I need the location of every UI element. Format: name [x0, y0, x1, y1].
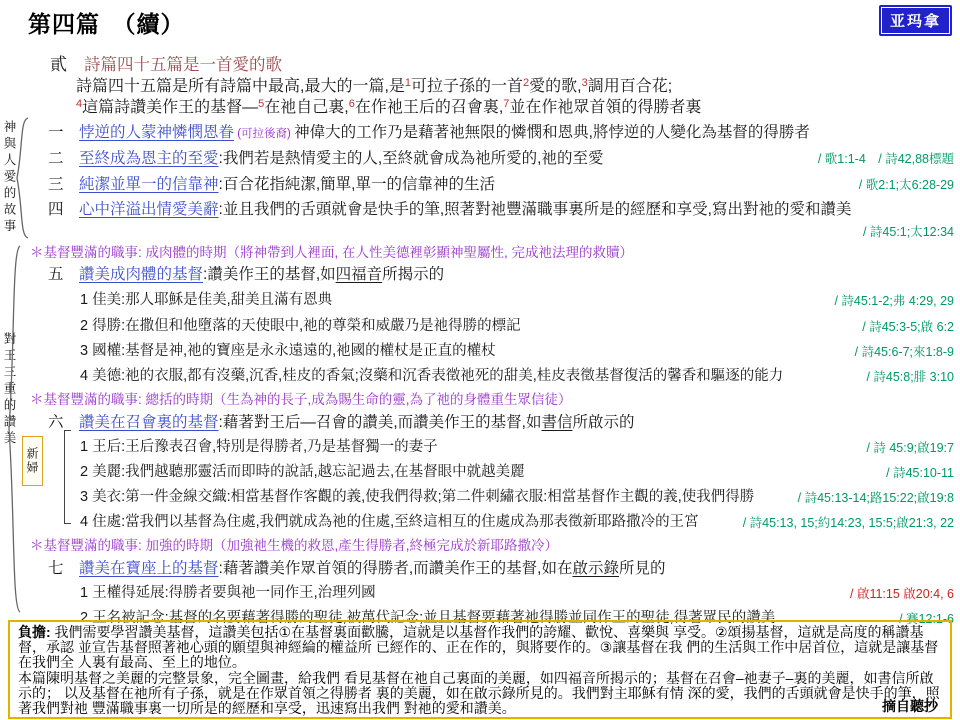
source-label: 摘自聽抄 — [882, 699, 938, 714]
body-segment: 這篇詩讚美作王的基督— — [82, 99, 258, 116]
bhead-segment: 心中洋溢出情愛美辭 — [79, 201, 219, 218]
scripture-ref: / 啟11:15 啟20:4, 6 — [850, 584, 954, 602]
body-segment: 所啟示的 — [572, 414, 634, 431]
scripture-ref: / 詩45:1-2;弗 4:29, 29 — [834, 291, 954, 309]
body-segment: 所揭示的 — [382, 266, 444, 283]
body-segment: :我們若是熱情愛主的人,至終就會成為祂所愛的,祂的至愛 — [219, 150, 604, 167]
body-segment: 1 王后:王后豫表召會,特別是得勝者,乃是基督獨一的妻子 — [80, 439, 438, 455]
scripture-ref: / 詩45:13-14;路15:22;啟19:8 — [798, 488, 954, 506]
body-segment: 1 王權得延展:得勝者要與祂一同作王,治理列國 — [80, 585, 376, 601]
scripture-ref: / 歌2:1;太6:28-29 — [859, 175, 954, 193]
scripture-ref: / 詩45:1;太12:34 — [863, 222, 954, 240]
num-segment: 六 — [48, 414, 79, 431]
scripture-ref: / 詩 45:9;啟19:7 — [866, 438, 954, 456]
scripture-ref: / 歌1:1-4 / 詩42,88標題 — [818, 149, 954, 167]
intro-line-2: 4這篇詩讚美作王的基督—5在祂自己裏,6在作祂王后的召會裏,7並在作祂眾首領的得… — [76, 94, 954, 116]
item-4: 四 心中洋溢出情愛美辭:並且我們的舌頭就會是快手的筆,照著對祂豐滿職事裏所是的經… — [48, 197, 954, 219]
body-segment: :讚美作王的基督,如 — [203, 266, 336, 283]
burden-label: 負擔: — [18, 624, 51, 640]
item-1: 一 悖逆的人蒙神憐憫恩眷 (可拉後裔) 神偉大的工作乃是藉著祂無限的憐憫和恩典,… — [48, 120, 954, 142]
num-segment: 五 — [48, 266, 79, 283]
num-segment: 七 — [48, 560, 79, 577]
body-segment: 1 佳美:那人耶穌是佳美,甜美且滿有恩典 — [80, 292, 332, 308]
num-segment: 三 — [48, 176, 79, 193]
num-segment: 二 — [48, 150, 79, 167]
bhead-segment: 至終成為恩主的至愛 — [79, 150, 219, 167]
item-6-sub-2: 2 美麗:我們越聽那靈活而即時的說話,越忘記過去,在基督眼中就越美麗/ 詩45:… — [80, 460, 954, 482]
body-segment: 3 美衣:第一件金線交織:相當基督作客觀的義,使我們得救;第二件刺繡衣服:相當基… — [80, 489, 754, 505]
body-segment: 在祂自己裏, — [264, 99, 348, 116]
item-5: 五 讚美成肉體的基督:讚美作王的基督,如四福音所揭示的 — [48, 262, 954, 284]
body-segment: 神偉大的工作乃是藉著祂無限的憐憫和恩典,將悖逆的人變化為基督的得勝者 — [294, 124, 810, 141]
body-segment: 2 得勝:在撒但和他墮落的天使眼中,祂的尊榮和威嚴乃是祂得勝的標記 — [80, 318, 521, 334]
purline-segment: ＊基督豐滿的職事: 加強的時期（加強祂生機的救恩,產生得勝者,終極完成於新耶路撒… — [30, 538, 558, 553]
purline-segment: ＊基督豐滿的職事: 成肉體的時期（將神帶到人裡面, 在人性美德裡彰顯神聖屬性, … — [30, 245, 633, 260]
ministry-stage-3: ＊基督豐滿的職事: 加強的時期（加強祂生機的救恩,產生得勝者,終極完成於新耶路撒… — [30, 534, 954, 556]
outline-slide: 第四篇 （續） 亚玛拿 神與人愛的故事 對王三重的讚美 新婦 貳 詩篇四十五篇是… — [0, 0, 960, 720]
body-segment: 4 住處:當我們以基督為住處,我們就成為祂的住處,至終這相互的住處成為那表徵新耶… — [80, 514, 699, 530]
scripture-ref: / 詩45:6-7;來1:8-9 — [855, 342, 954, 360]
u-segment: 書信 — [541, 414, 572, 431]
burden-box: 負擔: 我們需要學習讚美基督，這讚美包括①在基督裏面歡騰，這就是以基督作我們的誇… — [8, 620, 952, 719]
item-4-ref-row: / 詩45:1;太12:34 — [48, 219, 954, 241]
body-segment: 愛的歌, — [529, 78, 581, 95]
body-segment: 可拉子孫的一首 — [411, 78, 523, 95]
num-segment: 四 — [48, 201, 79, 218]
marker-segment: 貳 — [50, 55, 84, 74]
scripture-ref: / 詩45:10-11 — [886, 463, 954, 481]
outline-body: 貳 詩篇四十五篇是一首愛的歌詩篇四十五篇是所有詩篇中最高,最大的一篇,是1可拉子… — [0, 0, 960, 720]
body-segment: 所見的 — [619, 560, 666, 577]
bhead-segment: 讚美在寶座上的基督 — [79, 560, 219, 577]
ministry-stage-2: ＊基督豐滿的職事: 總括的時期（生為神的長子,成為賜生命的靈,為了祂的身體重生眾… — [30, 388, 954, 410]
body-segment: 在作祂王后的召會裏, — [355, 99, 503, 116]
bhead-segment: 悖逆的人蒙神憐憫恩眷 — [79, 124, 234, 141]
scripture-ref: / 詩45:13, 15;約14:23, 15:5;啟21:3, 22 — [743, 513, 954, 531]
body-segment: 詩篇四十五篇是所有詩篇中最高,最大的一篇,是 — [76, 78, 405, 95]
body-segment: 調用百合花; — [588, 78, 672, 95]
body-segment: 並在作祂眾首領的得勝者裏 — [509, 99, 701, 116]
ministry-stage-1: ＊基督豐滿的職事: 成肉體的時期（將神帶到人裡面, 在人性美德裡彰顯神聖屬性, … — [30, 241, 954, 263]
item-5-sub-2: 2 得勝:在撒但和他墮落的天使眼中,祂的尊榮和威嚴乃是祂得勝的標記/ 詩45:3… — [80, 314, 954, 336]
u-segment: 四福音 — [336, 266, 383, 283]
intro-line-1: 詩篇四十五篇是所有詩篇中最高,最大的一篇,是1可拉子孫的一首2愛的歌,3調用百合… — [76, 73, 954, 95]
item-6: 六 讚美在召會裏的基督:藉著對王后—召會的讚美,而讚美作王的基督,如書信所啟示的 — [48, 410, 954, 432]
item-6-sub-1: 1 王后:王后豫表召會,特別是得勝者,乃是基督獨一的妻子/ 詩 45:9;啟19… — [80, 435, 954, 457]
item-3: 三 純潔並單一的信靠神:百合花指純潔,簡單,單一的信靠神的生活/ 歌2:1;太6… — [48, 172, 954, 194]
body-segment: :百合花指純潔,簡單,單一的信靠神的生活 — [219, 176, 495, 193]
item-2: 二 至終成為恩主的至愛:我們若是熱情愛主的人,至終就會成為祂所愛的,祂的至愛/ … — [48, 146, 954, 168]
summary-paragraph: 本篇陳明基督之美麗的完整景象，完全圖畫，給我們 看見基督在祂自己裏面的美麗，如四… — [18, 671, 942, 717]
item-7: 七 讚美在寶座上的基督:藉著讚美作眾首領的得勝者,而讚美作王的基督,如在啟示錄所… — [48, 556, 954, 578]
body-segment: 3 國權:基督是神,祂的寶座是永永遠遠的,祂國的權杖是正直的權杖 — [80, 343, 496, 359]
bhead-segment: 純潔並單一的信靠神 — [79, 176, 219, 193]
section-heading-row: 貳 詩篇四十五篇是一首愛的歌 — [50, 50, 954, 72]
body-segment: :藉著讚美作眾首領的得勝者,而讚美作王的基督,如在 — [219, 560, 573, 577]
item-6-sub-4: 4 住處:當我們以基督為住處,我們就成為祂的住處,至終這相互的住處成為那表徵新耶… — [80, 510, 954, 532]
item-5-sub-1: 1 佳美:那人耶穌是佳美,甜美且滿有恩典/ 詩45:1-2;弗 4:29, 29 — [80, 288, 954, 310]
num-segment: 一 — [48, 124, 79, 141]
pursm-segment: (可拉後裔) — [234, 128, 294, 140]
body-segment: :藉著對王后—召會的讚美,而讚美作王的基督,如 — [219, 414, 542, 431]
u-segment: 啟示錄 — [572, 560, 619, 577]
burden-paragraph: 負擔: 我們需要學習讚美基督，這讚美包括①在基督裏面歡騰，這就是以基督作我們的誇… — [18, 625, 942, 671]
item-6-sub-3: 3 美衣:第一件金線交織:相當基督作客觀的義,使我們得救;第二件刺繡衣服:相當基… — [80, 485, 954, 507]
body-segment: :並且我們的舌頭就會是快手的筆,照著對祂豐滿職事裏所是的經歷和享受,寫出對祂的愛… — [219, 201, 852, 218]
item-5-sub-3: 3 國權:基督是神,祂的寶座是永永遠遠的,祂國的權杖是正直的權杖/ 詩45:6-… — [80, 339, 954, 361]
purline-segment: ＊基督豐滿的職事: 總括的時期（生為神的長子,成為賜生命的靈,為了祂的身體重生眾… — [30, 392, 572, 407]
rhead-segment: 詩篇四十五篇是一首愛的歌 — [84, 56, 282, 74]
body-segment: 2 美麗:我們越聽那靈活而即時的說話,越忘記過去,在基督眼中就越美麗 — [80, 464, 525, 480]
body-segment: 4 美德:祂的衣服,都有沒藥,沉香,桂皮的香氣;沒藥和沉香表徵祂死的甜美,桂皮表… — [80, 368, 783, 384]
bhead-segment: 讚美成肉體的基督 — [79, 266, 203, 283]
bhead-segment: 讚美在召會裏的基督 — [79, 414, 219, 431]
item-7-sub-1: 1 王權得延展:得勝者要與祂一同作王,治理列國/ 啟11:15 啟20:4, 6 — [80, 581, 954, 603]
burden-text: 我們需要學習讚美基督，這讚美包括①在基督裏面歡騰，這就是以基督作我們的誇耀、歡悅… — [18, 624, 938, 670]
scripture-ref: / 詩45:3-5;啟 6:2 — [862, 317, 954, 335]
item-5-sub-4: 4 美德:祂的衣服,都有沒藥,沉香,桂皮的香氣;沒藥和沉香表徵祂死的甜美,桂皮表… — [80, 364, 954, 386]
scripture-ref: / 詩45:8;腓 3:10 — [866, 367, 954, 385]
